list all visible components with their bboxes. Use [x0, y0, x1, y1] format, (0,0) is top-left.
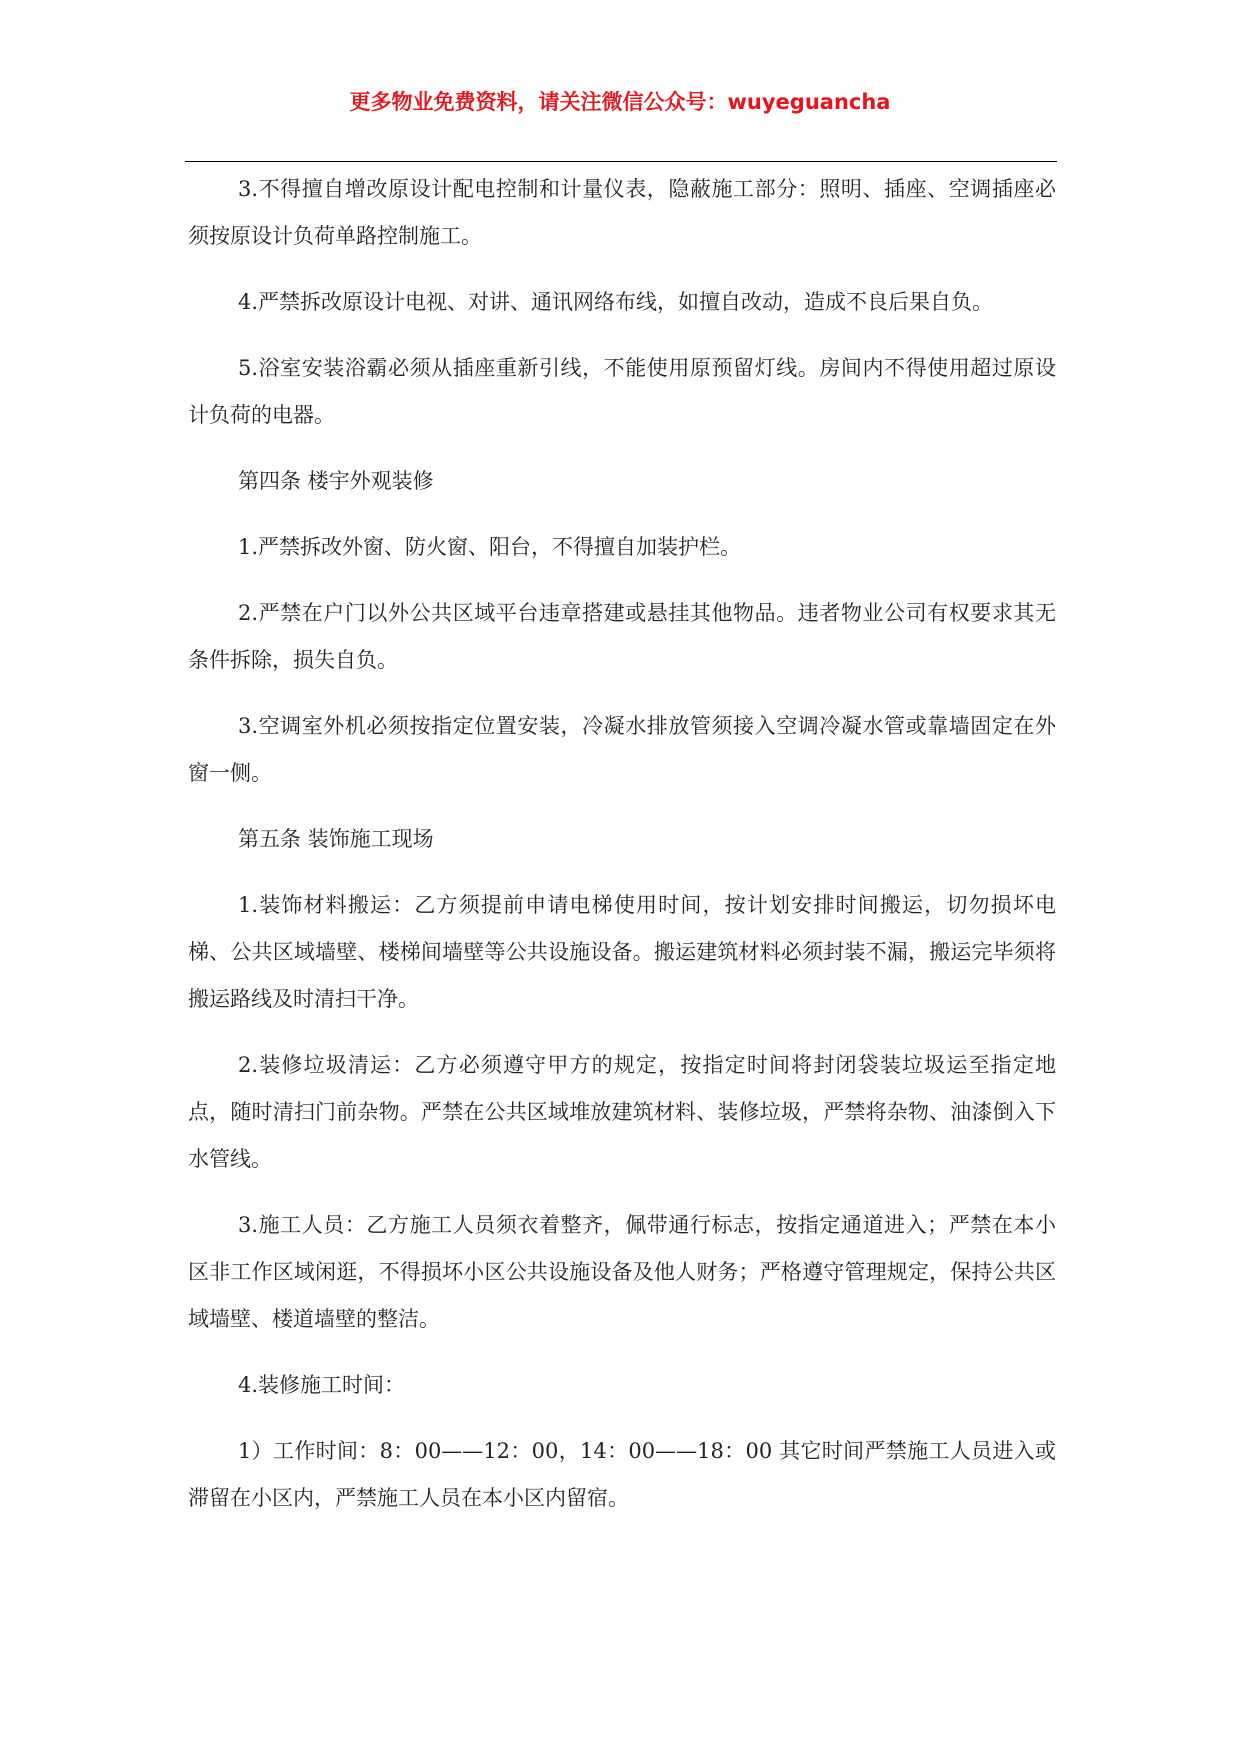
- promo-banner: 更多物业免费资料，请关注微信公众号：wuyeguancha: [0, 86, 1240, 116]
- document-body: 3.不得擅自增改原设计配电控制和计量仪表，隐蔽施工部分：照明、插座、空调插座必须…: [188, 166, 1056, 1541]
- clause-item-site-1: 1.装饰材料搬运：乙方须提前申请电梯使用时间，按计划安排时间搬运，切勿损坏电梯、…: [188, 882, 1056, 1023]
- clause-item-site-4: 4.装修施工时间：: [188, 1362, 1056, 1409]
- section-heading-article-4: 第四条 楼宇外观装修: [188, 458, 1056, 505]
- clause-item-electrical-4: 4.严禁拆改原设计电视、对讲、通讯网络布线，如擅自改动，造成不良后果自负。: [188, 279, 1056, 326]
- clause-item-site-2: 2.装修垃圾清运：乙方必须遵守甲方的规定，按指定时间将封闭袋装垃圾运至指定地点，…: [188, 1042, 1056, 1183]
- clause-subitem-work-hours: 1）工作时间：8：00——12：00，14：00——18：00 其它时间严禁施工…: [188, 1428, 1056, 1522]
- clause-item-exterior-1: 1.严禁拆改外窗、防火窗、阳台，不得擅自加装护栏。: [188, 524, 1056, 571]
- section-heading-article-5: 第五条 装饰施工现场: [188, 816, 1056, 863]
- clause-item-exterior-2: 2.严禁在户门以外公共区域平台违章搭建或悬挂其他物品。违者物业公司有权要求其无条…: [188, 590, 1056, 684]
- clause-item-exterior-3: 3.空调室外机必须按指定位置安装，冷凝水排放管须接入空调冷凝水管或靠墙固定在外窗…: [188, 703, 1056, 797]
- clause-item-electrical-3: 3.不得擅自增改原设计配电控制和计量仪表，隐蔽施工部分：照明、插座、空调插座必须…: [188, 166, 1056, 260]
- clause-item-electrical-5: 5.浴室安装浴霸必须从插座重新引线，不能使用原预留灯线。房间内不得使用超过原设计…: [188, 345, 1056, 439]
- header-divider: [185, 161, 1057, 162]
- clause-item-site-3: 3.施工人员：乙方施工人员须衣着整齐，佩带通行标志，按指定通道进入；严禁在本小区…: [188, 1202, 1056, 1343]
- promo-banner-text: 更多物业免费资料，请关注微信公众号：wuyeguancha: [350, 90, 891, 114]
